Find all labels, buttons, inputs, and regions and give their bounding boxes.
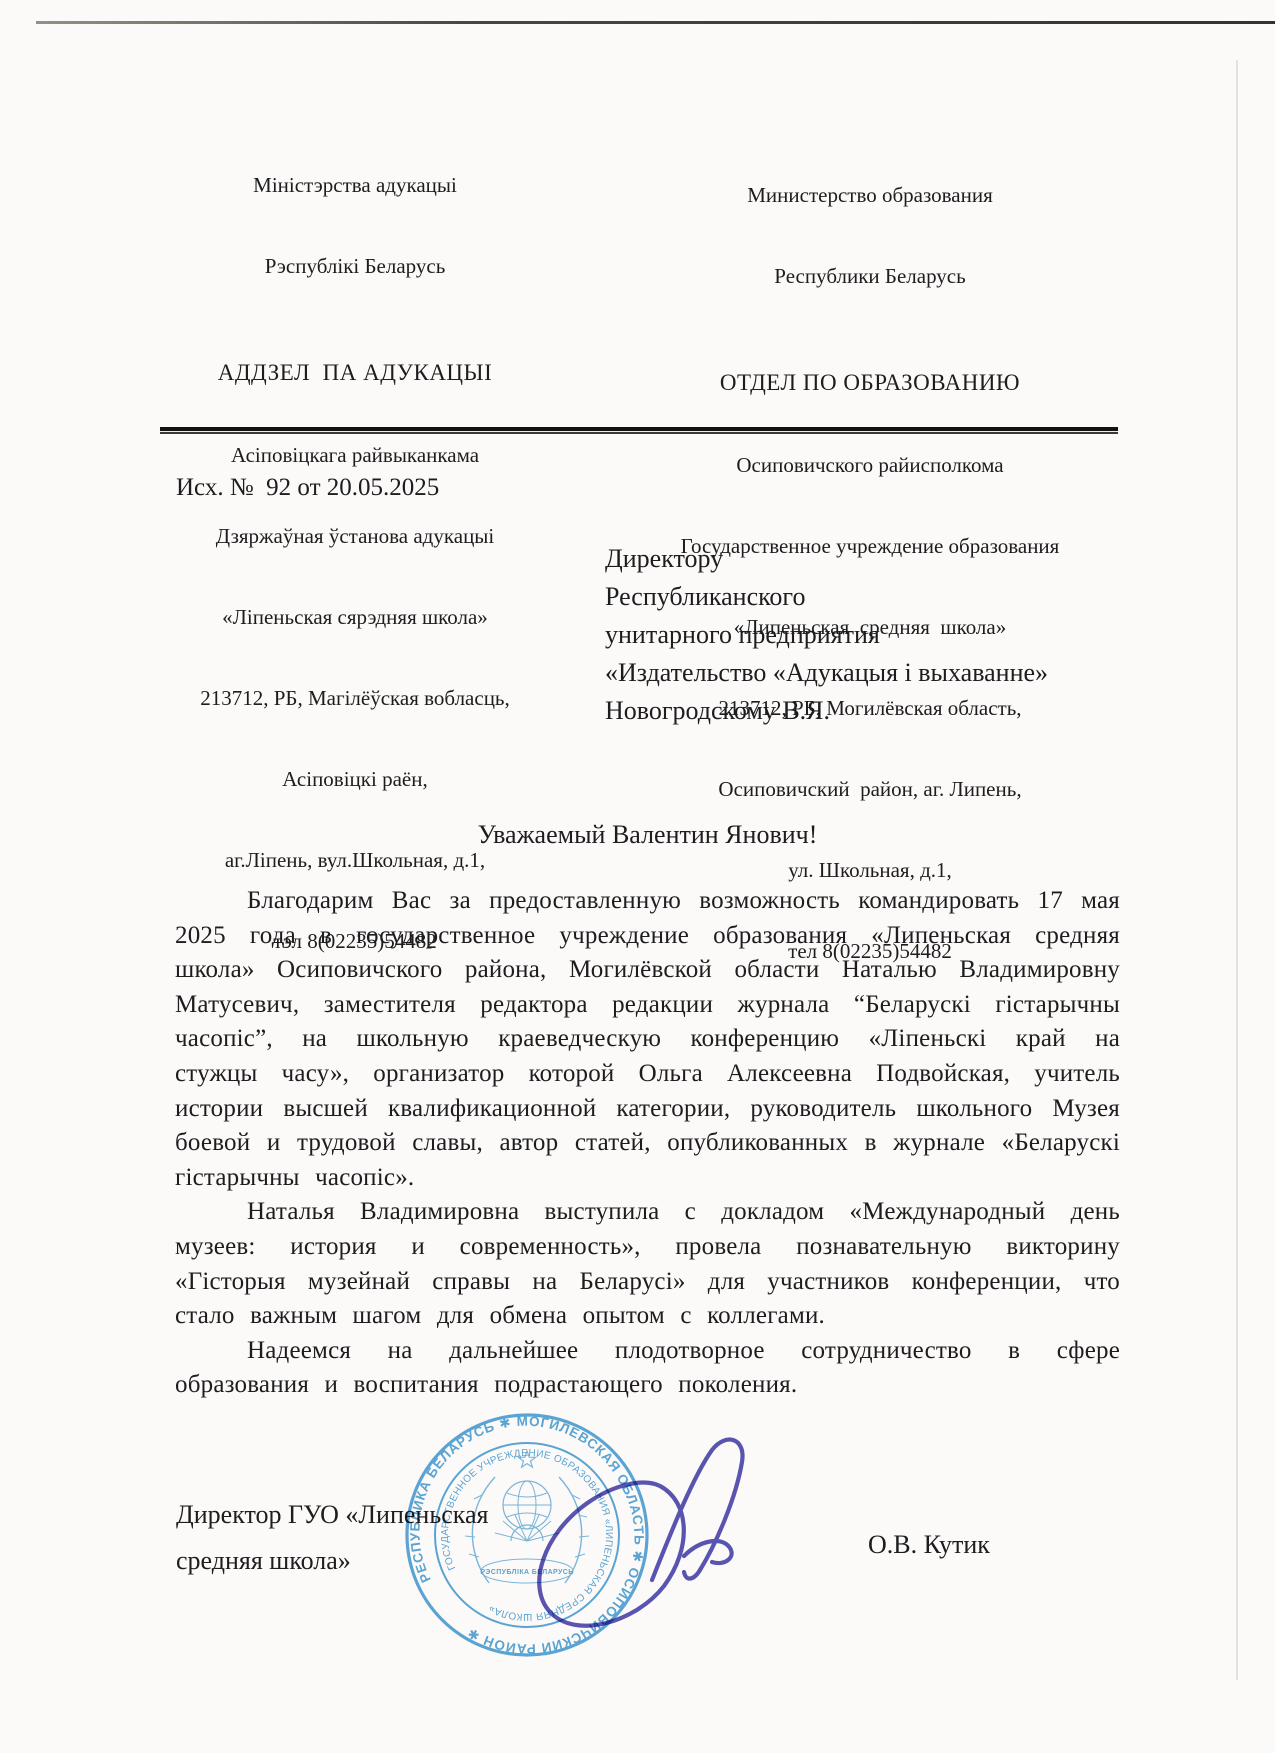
- signer-name: О.В. Кутик: [868, 1530, 990, 1560]
- addressee-line: «Издательство «Адукацыя і выхаванне»: [605, 654, 1048, 692]
- addressee-block: Директору Республиканского унитарного пр…: [605, 540, 1048, 730]
- letterhead-line: 213712, РБ, Магілёўская вобласць,: [180, 685, 530, 712]
- body-paragraph-1: Благодарим Вас за предоставленную возмож…: [175, 884, 1120, 1195]
- letterhead-line: Міністэрства адукацыі: [180, 172, 530, 199]
- letter-body: Благодарим Вас за предоставленную возмож…: [175, 884, 1120, 1403]
- addressee-line: Директору: [605, 540, 1048, 578]
- letterhead-line: Осиповичский район, аг. Липень,: [652, 776, 1088, 803]
- outgoing-number-line: Исх. № 92 от 20.05.2025: [176, 474, 439, 502]
- letterhead-line: Асіповіцкі раён,: [180, 766, 530, 793]
- letterhead-line: Республики Беларусь: [652, 263, 1088, 290]
- letterhead-line: Дзяржаўная ўстанова адукацыі: [180, 523, 530, 550]
- scan-edge-line-top: [36, 21, 1275, 24]
- body-paragraph-2: Наталья Владимировна выступила с докладо…: [175, 1195, 1120, 1333]
- scan-edge-line-right: [1236, 60, 1238, 1680]
- addressee-line: Новогродскому В.Я.: [605, 692, 1048, 730]
- letterhead-department-title: АДДЗЕЛ ПА АДУКАЦЫІ: [180, 358, 530, 388]
- letterhead-line: «Ліпеньская сярэдняя школа»: [180, 604, 530, 631]
- handwritten-signature: [520, 1420, 770, 1640]
- letterhead-department-title: ОТДЕЛ ПО ОБРАЗОВАНИЮ: [652, 368, 1088, 398]
- letterhead-line: ул. Школьная, д.1,: [652, 857, 1088, 884]
- salutation: Уважаемый Валентин Янович!: [175, 820, 1120, 850]
- letterhead-line: Осиповичского райисполкома: [652, 452, 1088, 479]
- letterhead-belarusian: Міністэрства адукацыі Рэспублікі Беларус…: [180, 118, 530, 1009]
- scanned-letter-page: Міністэрства адукацыі Рэспублікі Беларус…: [0, 0, 1275, 1753]
- letterhead-line: Асіповіцкага райвыканкама: [180, 442, 530, 469]
- letterhead-divider-line: [160, 427, 1118, 434]
- addressee-line: унитарного предприятия: [605, 616, 1048, 654]
- letterhead-line: Министерство образования: [652, 182, 1088, 209]
- addressee-line: Республиканского: [605, 578, 1048, 616]
- body-paragraph-3: Надеемся на дальнейшее плодотворное сотр…: [175, 1334, 1120, 1403]
- letterhead-line: аг.Ліпень, вул.Школьная, д.1,: [180, 847, 530, 874]
- letterhead-line: Рэспублікі Беларусь: [180, 253, 530, 280]
